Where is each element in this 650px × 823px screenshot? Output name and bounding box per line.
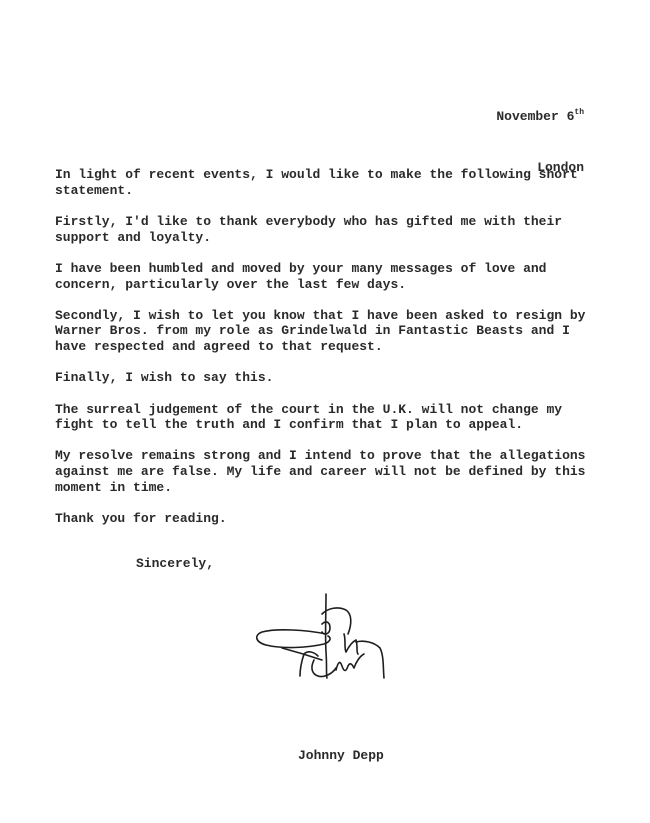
letter-date: November 6 — [496, 109, 574, 124]
paragraph-finally: Finally, I wish to say this. — [55, 370, 595, 386]
date-line: November 6th — [496, 108, 584, 125]
closing-salutation: Sincerely, — [136, 556, 214, 572]
paragraph-resolve: My resolve remains strong and I intend t… — [55, 448, 595, 495]
letter-body: In light of recent events, I would like … — [55, 167, 595, 542]
paragraph-thanks: Firstly, I'd like to thank everybody who… — [55, 214, 595, 245]
paragraph-humbled: I have been humbled and moved by your ma… — [55, 261, 595, 292]
date-ordinal-suffix: th — [574, 108, 584, 117]
paragraph-appeal: The surreal judgement of the court in th… — [55, 402, 595, 433]
letter-page: November 6th London In light of recent e… — [0, 0, 650, 823]
paragraph-thank-you: Thank you for reading. — [55, 511, 595, 527]
paragraph-intro: In light of recent events, I would like … — [55, 167, 595, 198]
signature-icon — [252, 590, 392, 685]
paragraph-resignation: Secondly, I wish to let you know that I … — [55, 308, 595, 355]
signer-name: Johnny Depp — [298, 748, 384, 764]
